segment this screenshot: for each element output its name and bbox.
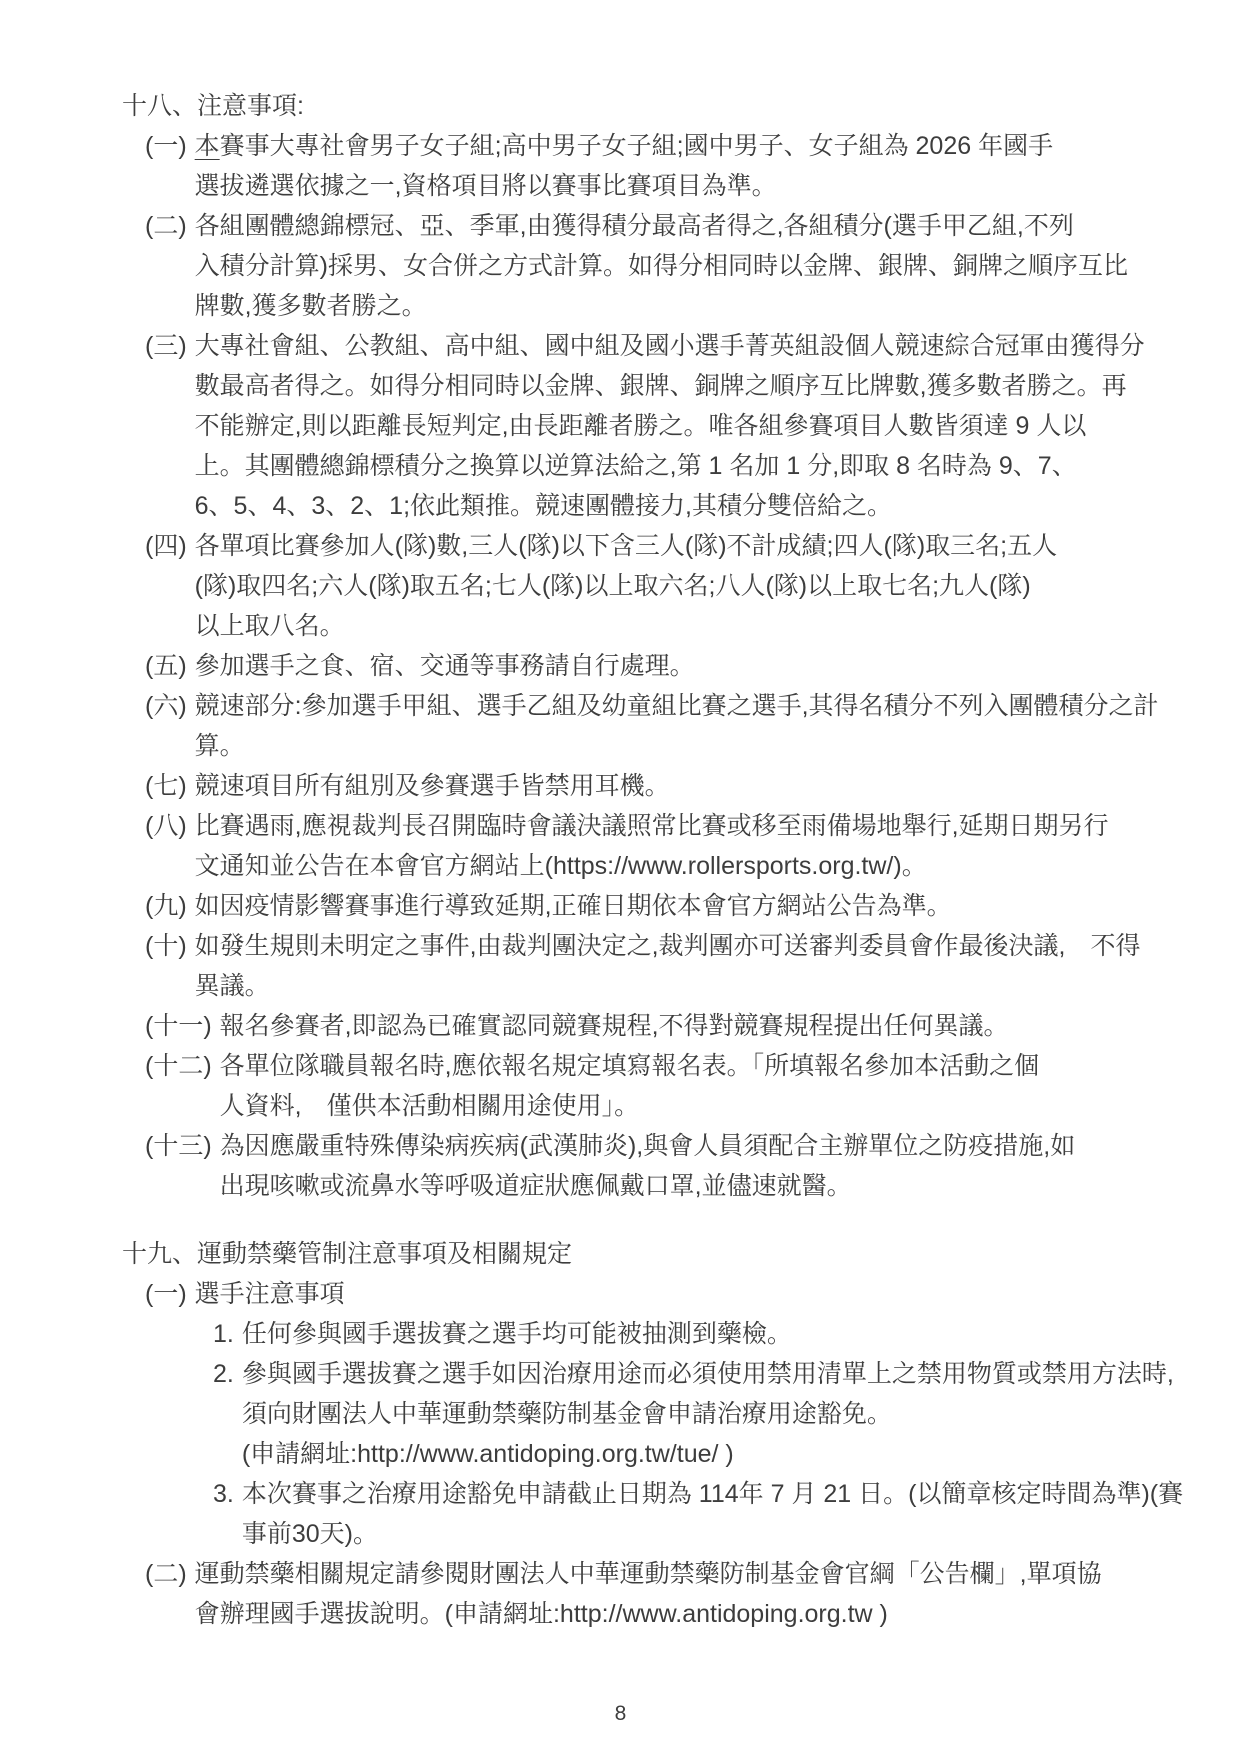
item-line: 不能辦定,則以距離長短判定,由長距離者勝之。唯各組參賽項目人數皆須達 9 人以 [195,406,1201,446]
item-marker: 1. [213,1314,242,1354]
item-marker: (一) [145,1274,195,1314]
underlined-char: 本 [195,132,220,160]
item-marker: 2. [213,1354,242,1394]
item-body: 參與國手選拔賽之選手如因治療用途而必須使用禁用清單上之禁用物質或禁用方法時, 須… [242,1354,1201,1474]
item-line: 為因應嚴重特殊傳染病疾病(武漢肺炎),與會人員須配合主辦單位之防疫措施,如 [220,1126,1201,1166]
item-body: 任何參與國手選拔賽之選手均可能被抽測到藥檢。 [242,1314,1201,1354]
item-line: (隊)取四名;六人(隊)取五名;七人(隊)以上取六名;八人(隊)以上取七名;九人… [195,566,1201,606]
item-marker: (四) [145,526,195,566]
item-line: 本賽事大專社會男子女子組;高中男子女子組;國中男子、女子組為 2026 年國手 [195,126,1201,166]
item-marker: (三) [145,326,195,366]
item-line: 入積分計算)採男、女合併之方式計算。如得分相同時以金牌、銀牌、銅牌之順序互比 [195,246,1201,286]
item-marker: (六) [145,686,195,726]
item-line: 運動禁藥相關規定請參閱財團法人中華運動禁藥防制基金會官綱「公告欄」,單項協 [195,1554,1201,1594]
item-line: 算。 [195,726,1201,766]
item-marker: (十三) [145,1126,220,1166]
item-line: 6、5、4、3、2、1;依此類推。競速團體接力,其積分雙倍給之。 [195,486,1201,526]
item-marker: (七) [145,766,195,806]
list-item-19-2: (二) 運動禁藥相關規定請參閱財團法人中華運動禁藥防制基金會官綱「公告欄」,單項… [145,1554,1201,1634]
list-item-18-12: (十二) 各單位隊職員報名時,應依報名規定填寫報名表。「所填報名參加本活動之個 … [145,1046,1201,1126]
item-body: 運動禁藥相關規定請參閱財團法人中華運動禁藥防制基金會官綱「公告欄」,單項協 會辦… [195,1554,1201,1634]
item-line: 報名參賽者,即認為已確實認同競賽規程,不得對競賽規程提出任何異議。 [220,1006,1201,1046]
list-item-18-11: (十一) 報名參賽者,即認為已確實認同競賽規程,不得對競賽規程提出任何異議。 [145,1006,1201,1046]
item-marker: (九) [145,886,195,926]
item-line: 競速項目所有組別及參賽選手皆禁用耳機。 [195,766,1201,806]
item-body: 大專社會組、公教組、高中組、國中組及國小選手菁英組設個人競速綜合冠軍由獲得分 數… [195,326,1201,526]
list-item-18-2: (二) 各組團體總錦標冠、亞、季軍,由獲得積分最高者得之,各組積分(選手甲乙組,… [145,206,1201,326]
section-18: 十八、注意事項: (一) 本賽事大專社會男子女子組;高中男子女子組;國中男子、女… [122,86,1201,1206]
item-line: 上。其團體總錦標積分之換算以逆算法給之,第 1 名加 1 分,即取 8 名時為 … [195,446,1201,486]
item-line: 如發生規則未明定之事件,由裁判團決定之,裁判團亦可送審判委員會作最後決議, 不得 [195,926,1201,966]
item-body: 如發生規則未明定之事件,由裁判團決定之,裁判團亦可送審判委員會作最後決議, 不得… [195,926,1201,1006]
item-body: 各組團體總錦標冠、亞、季軍,由獲得積分最高者得之,各組積分(選手甲乙組,不列 入… [195,206,1201,326]
item-marker: (二) [145,206,195,246]
numbered-item-1: 1. 任何參與國手選拔賽之選手均可能被抽測到藥檢。 [213,1314,1201,1354]
item-line: 本次賽事之治療用途豁免申請截止日期為 114年 7 月 21 日。(以簡章核定時… [242,1474,1201,1514]
item-line: 人資料, 僅供本活動相關用途使用」。 [220,1086,1201,1126]
numbered-item-3: 3. 本次賽事之治療用途豁免申請截止日期為 114年 7 月 21 日。(以簡章… [213,1474,1201,1554]
item-body: 各單項比賽參加人(隊)數,三人(隊)以下含三人(隊)不計成績;四人(隊)取三名;… [195,526,1201,646]
item-line: 須向財團法人中華運動禁藥防制基金會申請治療用途豁免。 [242,1394,1201,1434]
item-body: 參加選手之食、宿、交通等事務請自行處理。 [195,646,1201,686]
item-marker: 3. [213,1474,242,1514]
item-body: 各單位隊職員報名時,應依報名規定填寫報名表。「所填報名參加本活動之個 人資料, … [220,1046,1201,1126]
list-item-18-8: (八) 比賽遇雨,應視裁判長召開臨時會議決議照常比賽或移至雨備場地舉行,延期日期… [145,806,1201,886]
item-body: 如因疫情影響賽事進行導致延期,正確日期依本會官方網站公告為準。 [195,886,1201,926]
item-line: 數最高者得之。如得分相同時以金牌、銀牌、銅牌之順序互比牌數,獲多數者勝之。再 [195,366,1201,406]
item-body: 為因應嚴重特殊傳染病疾病(武漢肺炎),與會人員須配合主辦單位之防疫措施,如 出現… [220,1126,1201,1206]
item-body: 選手注意事項 [195,1274,1201,1314]
item-line: 各組團體總錦標冠、亞、季軍,由獲得積分最高者得之,各組積分(選手甲乙組,不列 [195,206,1201,246]
section-gap [122,1206,1201,1234]
item-line: 出現咳嗽或流鼻水等呼吸道症狀應佩戴口罩,並儘速就醫。 [220,1166,1201,1206]
item-line: 任何參與國手選拔賽之選手均可能被抽測到藥檢。 [242,1314,1201,1354]
item-line: 比賽遇雨,應視裁判長召開臨時會議決議照常比賽或移至雨備場地舉行,延期日期另行 [195,806,1201,846]
page-number: 8 [615,1702,627,1725]
item-body: 本賽事大專社會男子女子組;高中男子女子組;國中男子、女子組為 2026 年國手 … [195,126,1201,206]
list-item-18-4: (四) 各單項比賽參加人(隊)數,三人(隊)以下含三人(隊)不計成績;四人(隊)… [145,526,1201,646]
document-page: 十八、注意事項: (一) 本賽事大專社會男子女子組;高中男子女子組;國中男子、女… [0,0,1241,1755]
item-line: 以上取八名。 [195,606,1201,646]
numbered-item-2: 2. 參與國手選拔賽之選手如因治療用途而必須使用禁用清單上之禁用物質或禁用方法時… [213,1354,1201,1474]
item-line: 如因疫情影響賽事進行導致延期,正確日期依本會官方網站公告為準。 [195,886,1201,926]
item-line: 選手注意事項 [195,1274,1201,1314]
item-body: 比賽遇雨,應視裁判長召開臨時會議決議照常比賽或移至雨備場地舉行,延期日期另行 文… [195,806,1201,886]
list-item-18-1: (一) 本賽事大專社會男子女子組;高中男子女子組;國中男子、女子組為 2026 … [145,126,1201,206]
item-body: 競速部分:參加選手甲組、選手乙組及幼童組比賽之選手,其得名積分不列入團體積分之計… [195,686,1201,766]
item-line: 各單項比賽參加人(隊)數,三人(隊)以下含三人(隊)不計成績;四人(隊)取三名;… [195,526,1201,566]
section-19-heading: 十九、運動禁藥管制注意事項及相關規定 [122,1234,1201,1274]
section-19: 十九、運動禁藥管制注意事項及相關規定 (一) 選手注意事項 1. 任何參與國手選… [122,1234,1201,1634]
list-item-18-5: (五) 參加選手之食、宿、交通等事務請自行處理。 [145,646,1201,686]
item-line: 會辦理國手選拔說明。(申請網址:http://www.antidoping.or… [195,1594,1201,1634]
document-content: 十八、注意事項: (一) 本賽事大專社會男子女子組;高中男子女子組;國中男子、女… [122,86,1201,1634]
item-line: 選拔遴選依據之一,資格項目將以賽事比賽項目為準。 [195,166,1201,206]
item-marker: (八) [145,806,195,846]
list-item-18-13: (十三) 為因應嚴重特殊傳染病疾病(武漢肺炎),與會人員須配合主辦單位之防疫措施… [145,1126,1201,1206]
item-line-text: 賽事大專社會男子女子組;高中男子女子組;國中男子、女子組為 2026 年國手 [220,132,1053,160]
list-item-18-10: (十) 如發生規則未明定之事件,由裁判團決定之,裁判團亦可送審判委員會作最後決議… [145,926,1201,1006]
item-marker: (二) [145,1554,195,1594]
list-item-18-9: (九) 如因疫情影響賽事進行導致延期,正確日期依本會官方網站公告為準。 [145,886,1201,926]
item-line: 事前30天)。 [242,1514,1201,1554]
item-line: 參與國手選拔賽之選手如因治療用途而必須使用禁用清單上之禁用物質或禁用方法時, [242,1354,1201,1394]
item-marker: (十二) [145,1046,220,1086]
item-line: 競速部分:參加選手甲組、選手乙組及幼童組比賽之選手,其得名積分不列入團體積分之計 [195,686,1201,726]
item-line: 牌數,獲多數者勝之。 [195,286,1201,326]
section-18-heading: 十八、注意事項: [122,86,1201,126]
item-marker: (十一) [145,1006,220,1046]
item-marker: (五) [145,646,195,686]
item-line: 參加選手之食、宿、交通等事務請自行處理。 [195,646,1201,686]
list-item-18-7: (七) 競速項目所有組別及參賽選手皆禁用耳機。 [145,766,1201,806]
item-line: 大專社會組、公教組、高中組、國中組及國小選手菁英組設個人競速綜合冠軍由獲得分 [195,326,1201,366]
item-line: 異議。 [195,966,1201,1006]
item-line url-line: (申請網址:http://www.antidoping.org.tw/tue/ … [242,1434,1201,1474]
item-line: 文通知並公告在本會官方網站上(https://www.rollersports.… [195,846,1201,886]
item-body: 報名參賽者,即認為已確實認同競賽規程,不得對競賽規程提出任何異議。 [220,1006,1201,1046]
item-line: 各單位隊職員報名時,應依報名規定填寫報名表。「所填報名參加本活動之個 [220,1046,1201,1086]
item-marker: (十) [145,926,195,966]
list-item-18-6: (六) 競速部分:參加選手甲組、選手乙組及幼童組比賽之選手,其得名積分不列入團體… [145,686,1201,766]
item-body: 競速項目所有組別及參賽選手皆禁用耳機。 [195,766,1201,806]
list-item-19-1: (一) 選手注意事項 [145,1274,1201,1314]
item-body: 本次賽事之治療用途豁免申請截止日期為 114年 7 月 21 日。(以簡章核定時… [242,1474,1201,1554]
item-marker: (一) [145,126,195,166]
page-footer: 8 [0,1701,1241,1727]
list-item-18-3: (三) 大專社會組、公教組、高中組、國中組及國小選手菁英組設個人競速綜合冠軍由獲… [145,326,1201,526]
